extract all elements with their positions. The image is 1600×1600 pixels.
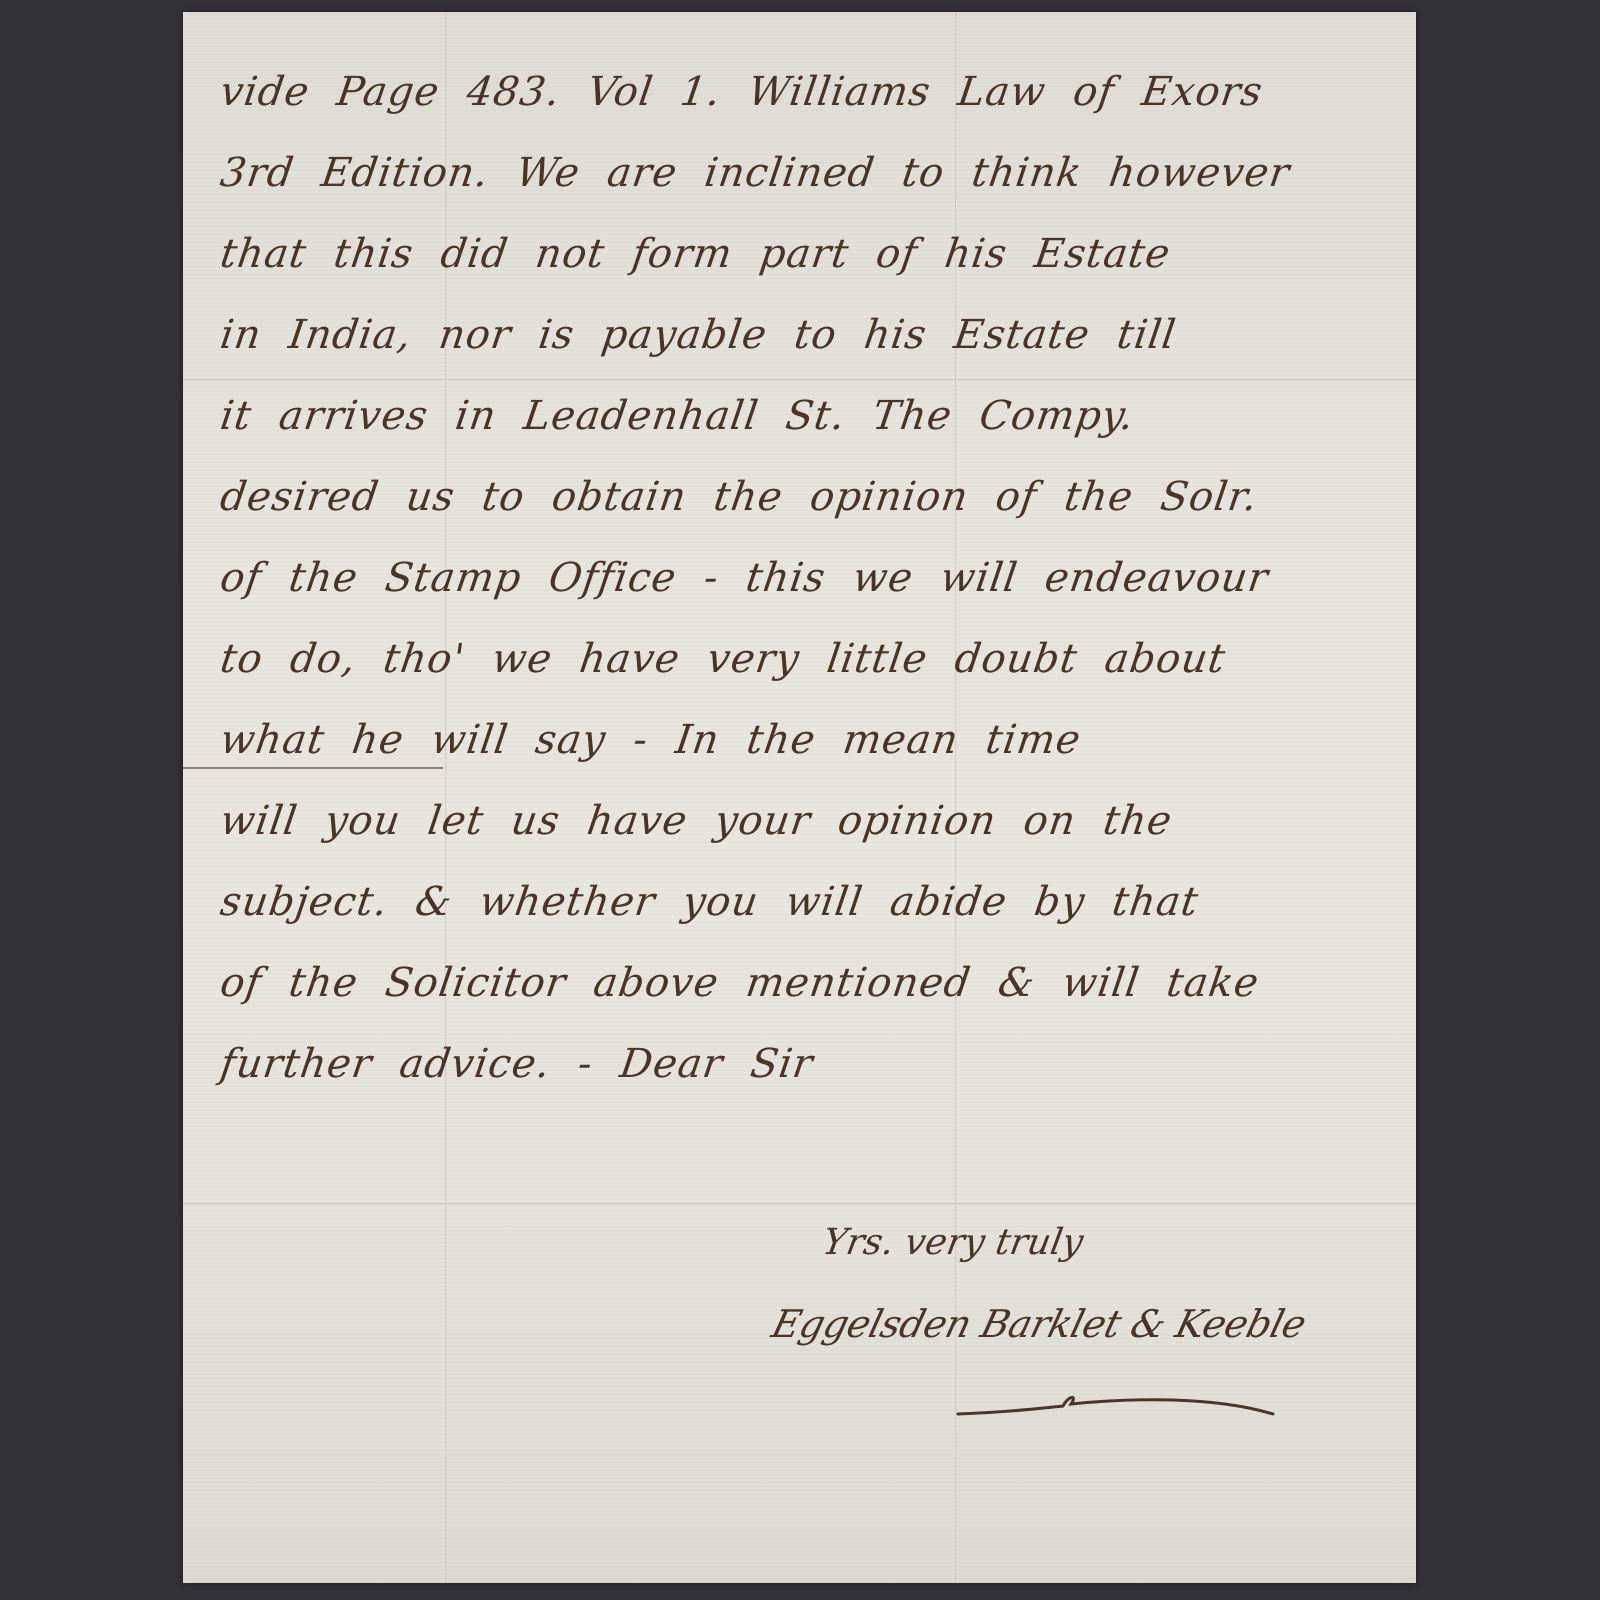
letter-sheet: vide Page 483. Vol 1. Williams Law of Ex… xyxy=(183,12,1416,1583)
letter-line: further advice. - Dear Sir xyxy=(215,1024,1406,1105)
letter-line: it arrives in Leadenhall St. The Compy. xyxy=(215,376,1406,457)
letter-line: 3rd Edition. We are inclined to think ho… xyxy=(215,133,1406,214)
letter-line: desired us to obtain the opinion of the … xyxy=(215,457,1406,538)
photo-background: vide Page 483. Vol 1. Williams Law of Ex… xyxy=(0,0,1600,1600)
letter-signature: Eggelsden Barklet & Keeble xyxy=(768,1302,1311,1346)
letter-line: that this did not form part of his Estat… xyxy=(215,214,1406,295)
letter-line: to do, tho' we have very little doubt ab… xyxy=(215,619,1406,700)
letter-line: will you let us have your opinion on the xyxy=(215,781,1406,862)
letter-line: subject. & whether you will abide by tha… xyxy=(215,862,1406,943)
signature-flourish-icon xyxy=(953,1382,1283,1422)
letter-closing: Yrs. very truly xyxy=(819,1222,1086,1263)
letter-line: of the Stamp Office - this we will endea… xyxy=(215,538,1406,619)
letter-line: in India, nor is payable to his Estate t… xyxy=(215,295,1406,376)
letter-line: vide Page 483. Vol 1. Williams Law of Ex… xyxy=(215,52,1406,133)
letter-line: what he will say - In the mean time xyxy=(215,700,1406,781)
letter-line: of the Solicitor above mentioned & will … xyxy=(215,943,1406,1024)
horizontal-fold-lower xyxy=(183,1202,1416,1205)
letter-body: vide Page 483. Vol 1. Williams Law of Ex… xyxy=(215,52,1395,1105)
